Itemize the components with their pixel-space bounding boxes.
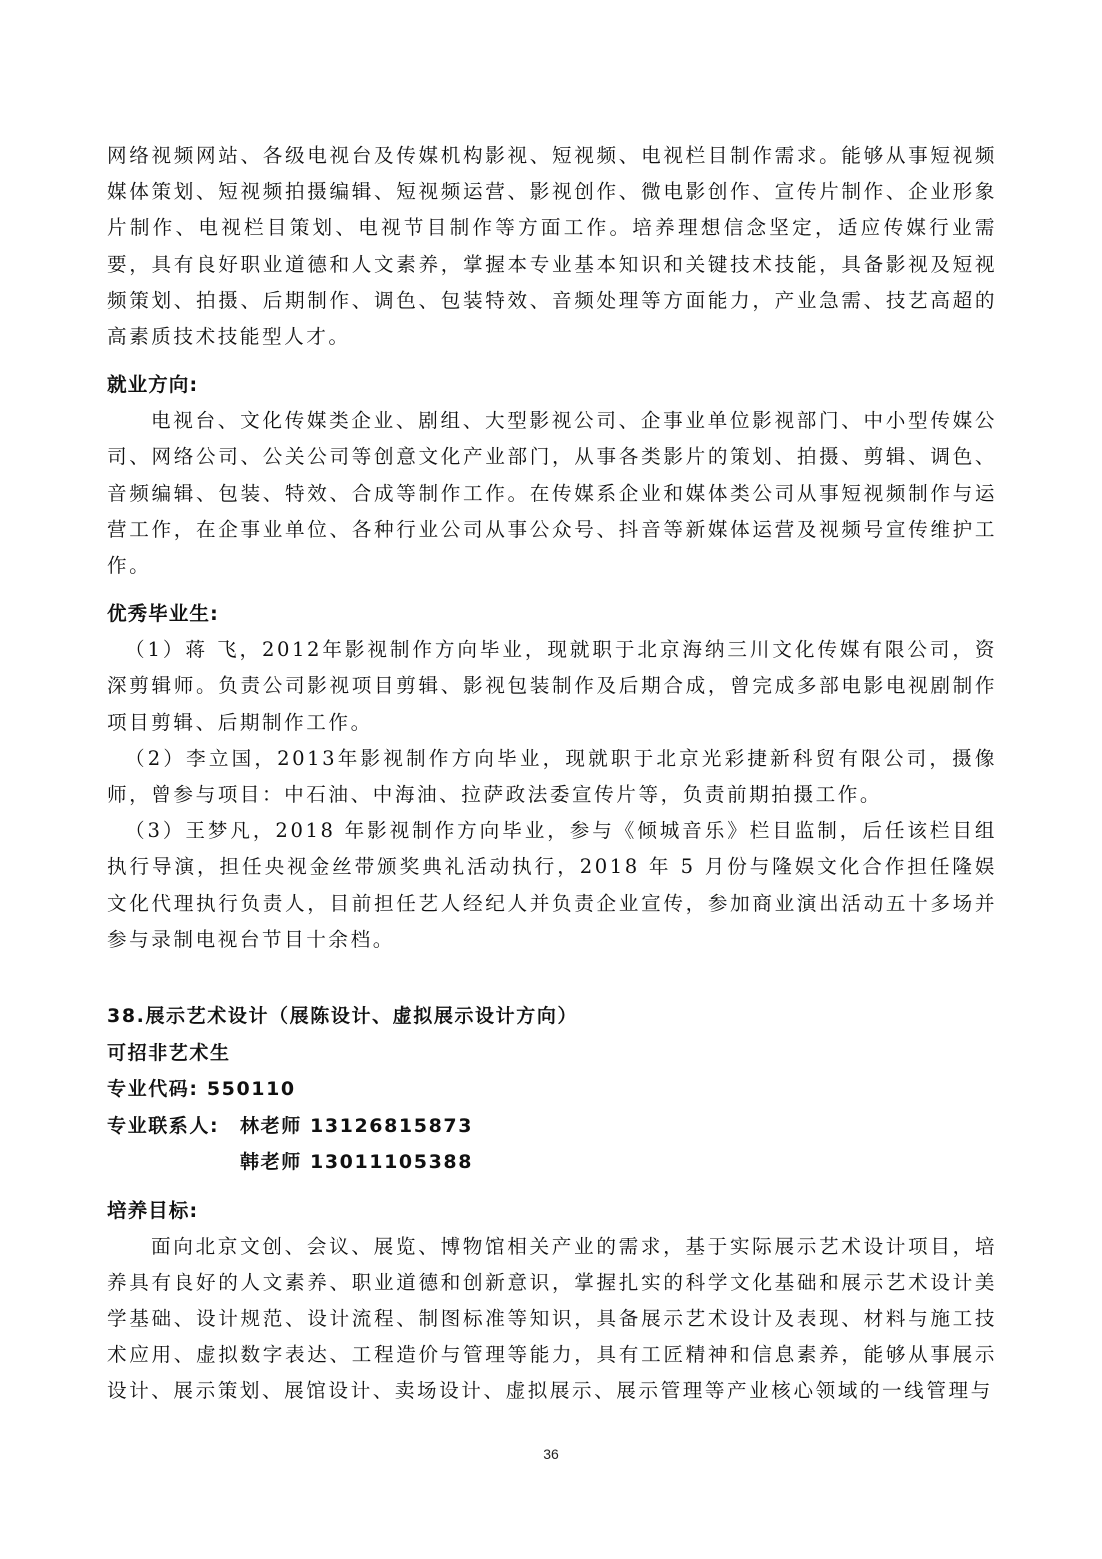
contact-row-2: 韩老师 13011105388 [107,1144,997,1181]
contact-2: 韩老师 13011105388 [240,1144,473,1181]
graduate-item-1: （1）蒋 飞，2012年影视制作方向毕业，现就职于北京海纳三川文化传媒有限公司，… [107,632,997,741]
graduates-heading: 优秀毕业生: [107,596,997,632]
training-goal-text: 面向北京文创、会议、展览、博物馆相关产业的需求，基于实际展示艺术设计项目，培养具… [107,1229,997,1410]
document-page: 网络视频网站、各级电视台及传媒机构影视、短视频、电视栏目制作需求。能够从事短视频… [107,138,997,1410]
spacer [107,584,997,596]
section-38-title: 38.展示艺术设计（展陈设计、虚拟展示设计方向） [107,998,997,1035]
section-38-note: 可招非艺术生 [107,1035,997,1072]
spacer [107,355,997,367]
spacer [107,958,997,998]
training-goal-continued: 网络视频网站、各级电视台及传媒机构影视、短视频、电视栏目制作需求。能够从事短视频… [107,138,997,355]
contact-label-blank [107,1144,240,1181]
employment-text: 电视台、文化传媒类企业、剧组、大型影视公司、企事业单位影视部门、中小型传媒公司、… [107,403,997,584]
page-number: 36 [0,1446,1102,1462]
training-goal-heading: 培养目标: [107,1193,997,1229]
spacer [107,1181,997,1193]
graduate-item-3: （3）王梦凡，2018 年影视制作方向毕业，参与《倾城音乐》栏目监制，后任该栏目… [107,813,997,958]
contact-label: 专业联系人: [107,1108,240,1145]
graduate-item-2: （2）李立国，2013年影视制作方向毕业，现就职于北京光彩捷新科贸有限公司，摄像… [107,741,997,813]
major-code: 专业代码: 550110 [107,1071,997,1108]
contact-1: 林老师 13126815873 [240,1108,473,1145]
employment-heading: 就业方向: [107,367,997,403]
contact-row-1: 专业联系人: 林老师 13126815873 [107,1108,997,1145]
